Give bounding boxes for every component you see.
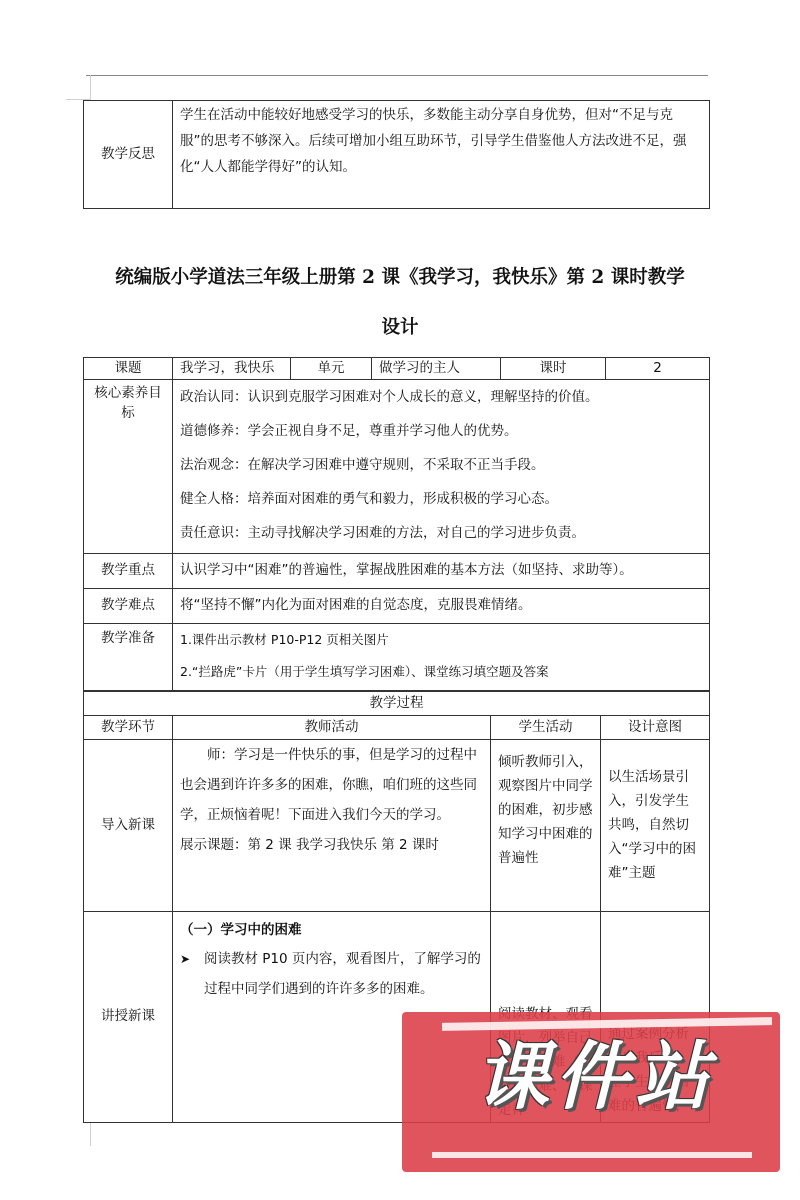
header-intent: 设计意图 — [601, 716, 710, 740]
unit-value: 做学习的主人 — [372, 358, 501, 380]
teacher-activity: 师：学习是一件快乐的事，但是学习的过程中也会遇到许许多多的困难，你瞧，咱们班的这… — [173, 740, 491, 912]
document-title-line2: 设计 — [80, 313, 720, 339]
prep-item: 2.“拦路虎”卡片（用于学生填写学习困难）、课堂练习填空题及答案 — [180, 656, 702, 688]
table-row: 讲授新课 （一）学习中的困难 ➤ 阅读教材 P10 页内容，观看图片，了解学习的… — [84, 912, 710, 1123]
process-section-title: 教学过程 — [84, 692, 710, 716]
prep-item: 1.课件出示教材 P10-P12 页相关图片 — [180, 624, 702, 656]
teaching-process-table: 教学过程 教学环节 教师活动 学生活动 设计意图 导入新课 师：学习是一件快乐的… — [83, 691, 710, 1123]
focus-label: 教学重点 — [84, 554, 173, 589]
header-stage: 教学环节 — [84, 716, 173, 740]
topic-label: 课题 — [84, 358, 173, 380]
period-label: 课时 — [501, 358, 606, 380]
topic-value: 我学习，我快乐 — [173, 358, 291, 380]
teacher-paragraph: 师：学习是一件快乐的事，但是学习的过程中也会遇到许许多多的困难，你瞧，咱们班的这… — [180, 740, 483, 830]
goal-item: 法治观念：在解决学习困难中遵守规则，不采取不正当手段。 — [180, 448, 702, 482]
goal-item: 健全人格：培养面对困难的勇气和毅力，形成积极的学习心态。 — [180, 482, 702, 516]
section-heading: （一）学习中的困难 — [180, 916, 483, 944]
bullet-item: ➤ 阅读教材 P10 页内容，观看图片，了解学习的过程中同学们遇到的许许多多的困… — [180, 944, 483, 1004]
difficulty-value: 将“坚持不懈”内化为面对困难的自觉态度，克服畏难情绪。 — [173, 589, 710, 624]
document-title-line1: 统编版小学道法三年级上册第 2 课《我学习，我快乐》第 2 课时教学 — [80, 263, 720, 289]
arrow-bullet-icon: ➤ — [180, 944, 204, 1004]
core-literacy-label: 核心素养目标 — [84, 380, 173, 554]
period-value: 2 — [606, 358, 710, 380]
reflection-label: 教学反思 — [84, 101, 173, 209]
page-header-rule — [86, 75, 708, 76]
goal-item: 责任意识：主动寻找解决学习困难的方法，对自己的学习进步负责。 — [180, 516, 702, 550]
core-literacy-goals: 政治认同：认识到克服学习困难对个人成长的意义，理解坚持的价值。 道德修养：学会正… — [173, 380, 710, 554]
header-teacher: 教师活动 — [173, 716, 491, 740]
bullet-text: 阅读教材 P10 页内容，观看图片，了解学习的过程中同学们遇到的许许多多的困难。 — [204, 944, 483, 1004]
design-intent: 以生活场景引入，引发学生共鸣，自然切入“学习中的困难”主题 — [601, 740, 710, 912]
lesson-info-table: 课题 我学习，我快乐 单元 做学习的主人 课时 2 核心素养目标 政治认同：认识… — [83, 357, 710, 691]
header-student: 学生活动 — [491, 716, 601, 740]
stage-cell: 讲授新课 — [84, 912, 173, 1123]
watermark-brush-stroke — [432, 1152, 752, 1158]
stage-cell: 导入新课 — [84, 740, 173, 912]
focus-value: 认识学习中“困难”的普遍性，掌握战胜困难的基本方法（如坚持、求助等）。 — [173, 554, 710, 589]
prep-list: 1.课件出示教材 P10-P12 页相关图片 2.“拦路虎”卡片（用于学生填写学… — [173, 624, 710, 691]
prep-label: 教学准备 — [84, 624, 173, 691]
teacher-paragraph: 展示课题：第 2 课 我学习我快乐 第 2 课时 — [180, 830, 483, 860]
unit-label: 单元 — [291, 358, 372, 380]
student-activity: 倾听教师引入，观察图片中同学的困难，初步感知学习中困难的普遍性 — [491, 740, 601, 912]
goal-item: 道德修养：学会正视自身不足，尊重并学习他人的优势。 — [180, 414, 702, 448]
goal-item: 政治认同：认识到克服学习困难对个人成长的意义，理解坚持的价值。 — [180, 380, 702, 414]
table-row: 导入新课 师：学习是一件快乐的事，但是学习的过程中也会遇到许许多多的困难，你瞧，… — [84, 740, 710, 912]
design-intent: 通过案例分析和自我反思，让学生认识困难的普遍性， — [601, 912, 710, 1123]
reflection-table: 教学反思 学生在活动中能较好地感受学习的快乐，多数能主动分享自身优势，但对“不足… — [83, 100, 710, 209]
reflection-text: 学生在活动中能较好地感受学习的快乐，多数能主动分享自身优势，但对“不足与克服”的… — [173, 101, 710, 209]
teacher-activity: （一）学习中的困难 ➤ 阅读教材 P10 页内容，观看图片，了解学习的过程中同学… — [173, 912, 491, 1123]
page-corner-mark — [66, 1122, 91, 1146]
student-activity: 阅读教材、观看图片，列举自己的学习困难（如记单词难、上课走神 — [491, 912, 601, 1123]
page-corner-mark — [66, 75, 91, 100]
difficulty-label: 教学难点 — [84, 589, 173, 624]
